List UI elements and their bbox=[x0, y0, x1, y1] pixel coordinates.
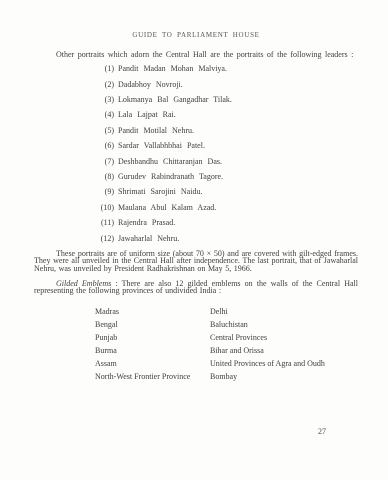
portraits-list: (1)Pandit Madan Mohan Malviya. (2)Dadabh… bbox=[97, 65, 358, 243]
province-cell: Madras bbox=[95, 305, 210, 318]
table-row: North-West Frontier ProvinceBombay bbox=[95, 370, 325, 383]
scanned-book-page: GUIDE TO PARLIAMENT HOUSE Other portrait… bbox=[0, 0, 388, 480]
list-item: (8)Gurudev Rabindranath Tagore. bbox=[97, 173, 358, 182]
item-number: (4) bbox=[97, 111, 114, 120]
list-item: (1)Pandit Madan Mohan Malviya. bbox=[97, 65, 358, 74]
province-cell: United Provinces of Agra and Oudh bbox=[210, 357, 325, 370]
table-row: MadrasDelhi bbox=[95, 305, 325, 318]
portrait-name: Pandit Motilal Nehru. bbox=[118, 126, 194, 135]
list-item: (12)Jawaharlal Nehru. bbox=[97, 235, 358, 244]
province-cell: Delhi bbox=[210, 305, 325, 318]
province-cell: Punjab bbox=[95, 331, 210, 344]
table-row: BengalBaluchistan bbox=[95, 318, 325, 331]
portrait-name: Maulana Abul Kalam Azad. bbox=[118, 203, 216, 212]
item-number: (10) bbox=[97, 204, 114, 213]
province-cell: Bengal bbox=[95, 318, 210, 331]
gilded-emblems-paragraph: Gilded Emblems : There are also 12 gilde… bbox=[34, 280, 358, 295]
province-cell: Central Provinces bbox=[210, 331, 325, 344]
province-cell: Baluchistan bbox=[210, 318, 325, 331]
table-row: PunjabCentral Provinces bbox=[95, 331, 325, 344]
table-row: AssamUnited Provinces of Agra and Oudh bbox=[95, 357, 325, 370]
portraits-description-paragraph: These portraits are of uniform size (abo… bbox=[34, 250, 358, 273]
list-item: (3)Lokmanya Bal Gangadhar Tilak. bbox=[97, 96, 358, 105]
provinces-table: MadrasDelhi BengalBaluchistan PunjabCent… bbox=[95, 305, 325, 383]
portrait-name: Gurudev Rabindranath Tagore. bbox=[118, 172, 223, 181]
item-number: (2) bbox=[97, 81, 114, 90]
running-header: GUIDE TO PARLIAMENT HOUSE bbox=[34, 31, 358, 39]
item-number: (12) bbox=[97, 235, 114, 244]
list-item: (2)Dadabhoy Novroji. bbox=[97, 81, 358, 90]
item-number: (7) bbox=[97, 158, 114, 167]
portrait-name: Dadabhoy Novroji. bbox=[118, 80, 183, 89]
item-number: (1) bbox=[97, 65, 114, 74]
province-cell: Assam bbox=[95, 357, 210, 370]
portrait-name: Lala Lajpat Rai. bbox=[118, 110, 176, 119]
list-item: (6)Sardar Vallabhbhai Patel. bbox=[97, 142, 358, 151]
province-cell: North-West Frontier Province bbox=[95, 370, 210, 383]
item-number: (8) bbox=[97, 173, 114, 182]
item-number: (11) bbox=[97, 219, 114, 228]
page-number: 27 bbox=[318, 427, 326, 436]
item-number: (3) bbox=[97, 96, 114, 105]
page-content: GUIDE TO PARLIAMENT HOUSE Other portrait… bbox=[34, 0, 358, 383]
item-number: (9) bbox=[97, 188, 114, 197]
list-item: (11)Rajendra Prasad. bbox=[97, 219, 358, 228]
portrait-name: Shrimati Sarojini Naidu. bbox=[118, 187, 202, 196]
province-cell: Bihar and Orissa bbox=[210, 344, 325, 357]
portrait-name: Sardar Vallabhbhai Patel. bbox=[118, 141, 205, 150]
item-number: (6) bbox=[97, 142, 114, 151]
portrait-name: Jawaharlal Nehru. bbox=[118, 234, 179, 243]
list-item: (4)Lala Lajpat Rai. bbox=[97, 111, 358, 120]
portrait-name: Deshbandhu Chittaranjan Das. bbox=[118, 157, 222, 166]
province-cell: Burma bbox=[95, 344, 210, 357]
portrait-name: Pandit Madan Mohan Malviya. bbox=[118, 64, 227, 73]
list-item: (7)Deshbandhu Chittaranjan Das. bbox=[97, 158, 358, 167]
portrait-name: Lokmanya Bal Gangadhar Tilak. bbox=[118, 95, 232, 104]
table-row: BurmaBihar and Orissa bbox=[95, 344, 325, 357]
portrait-name: Rajendra Prasad. bbox=[118, 218, 175, 227]
intro-paragraph: Other portraits which adorn the Central … bbox=[34, 51, 358, 59]
list-item: (9)Shrimati Sarojini Naidu. bbox=[97, 188, 358, 197]
list-item: (10)Maulana Abul Kalam Azad. bbox=[97, 204, 358, 213]
item-number: (5) bbox=[97, 127, 114, 136]
list-item: (5)Pandit Motilal Nehru. bbox=[97, 127, 358, 136]
province-cell: Bombay bbox=[210, 370, 325, 383]
